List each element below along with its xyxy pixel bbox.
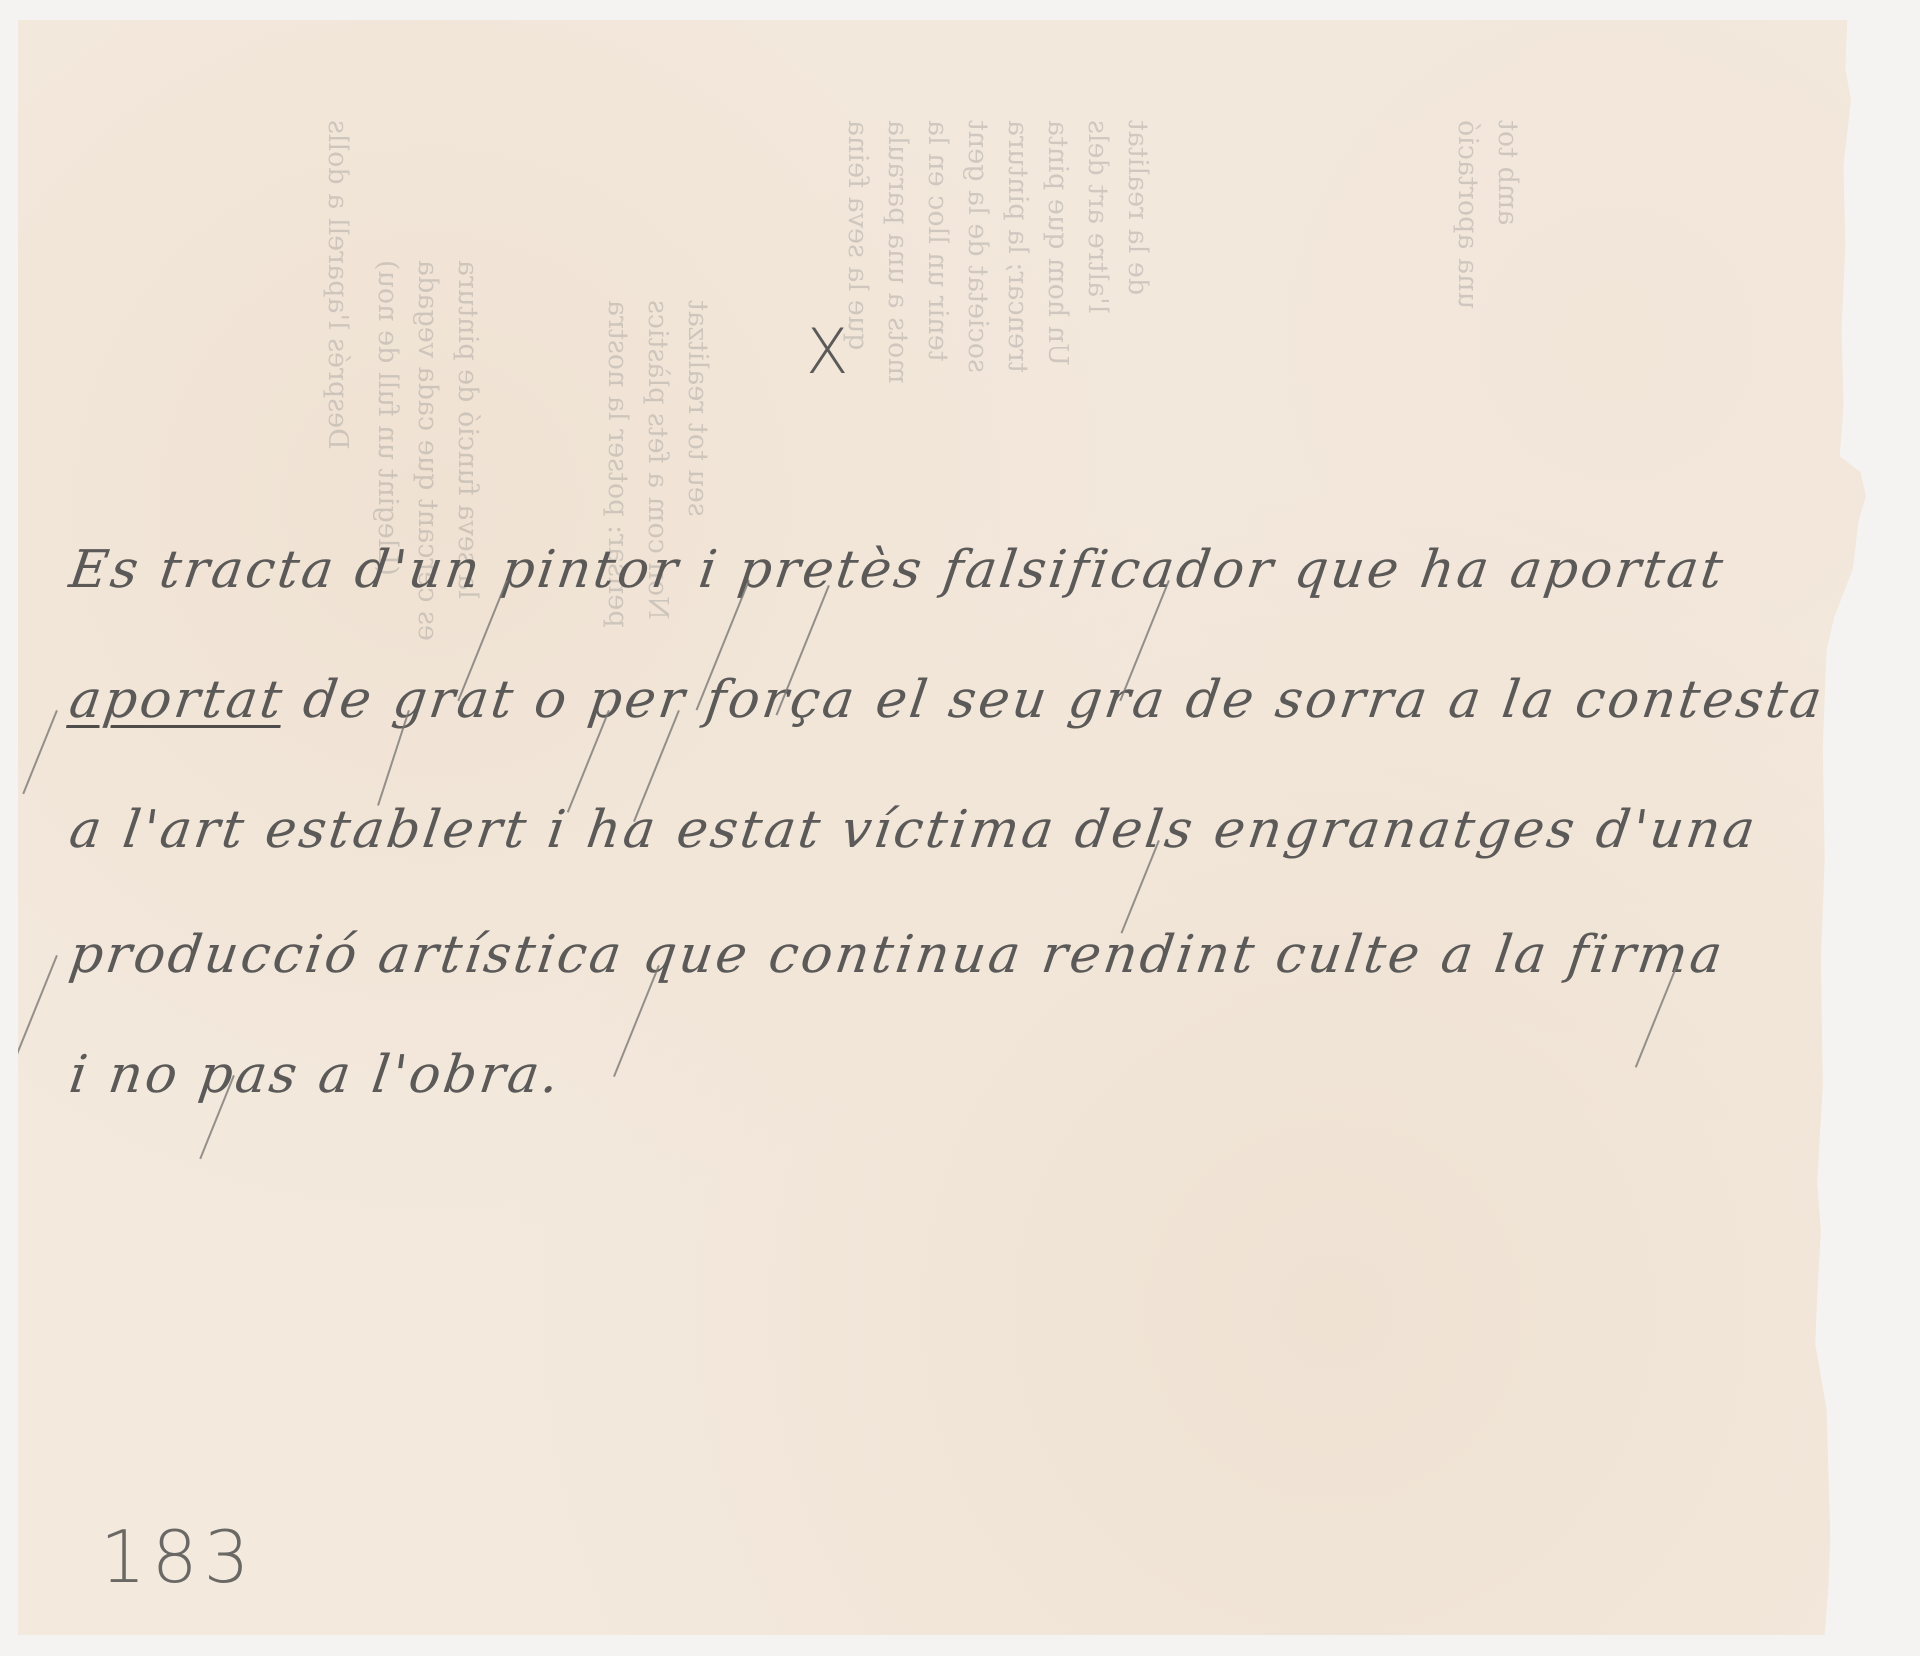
- struck-word: aportat: [66, 670, 289, 730]
- bleed-column: trencar; la pintura: [998, 120, 1036, 373]
- bleed-column: de la realitat: [1118, 120, 1156, 295]
- bleed-column: Després l'aparell a dolls: [318, 120, 356, 450]
- handwritten-line-2: aportat de grat o per força el seu gra d…: [66, 670, 1915, 730]
- page-number: 183: [100, 1515, 255, 1599]
- bleed-column: Un hom que pinta: [1038, 120, 1076, 366]
- bleed-column: societat de la gent: [958, 120, 996, 373]
- pen-stroke: [11, 955, 58, 1067]
- bleed-column: l'altre art dels: [1078, 120, 1116, 313]
- bleed-column: (Llegint un full de nou): [368, 260, 406, 576]
- handwritten-line-4: producció artística que continua rendint…: [66, 925, 1729, 985]
- scanned-page: Després l'aparell a dolls (Llegint un fu…: [0, 0, 1920, 1656]
- bleed-column: mots a una paraula: [878, 120, 916, 384]
- handwritten-line-5: i no pas a l'obra.: [66, 1045, 566, 1105]
- bleed-column: una aportació: [1448, 120, 1486, 309]
- section-marker: X: [806, 315, 848, 388]
- handwritten-line-1: Es tracta d'un pintor i pretès falsifica…: [66, 540, 1729, 600]
- edge-pencil-marks: ·:: [1826, 810, 1832, 830]
- handwritten-line-3: a l'art establert i ha estat víctima del…: [66, 800, 1762, 860]
- bleed-column: amb tot: [1488, 120, 1526, 226]
- paper-sheet: Després l'aparell a dolls (Llegint un fu…: [18, 20, 1898, 1635]
- bleed-column: tenir un lloc en la: [918, 120, 956, 362]
- handwritten-line-2-text: de grat o per força el seu gra de sorra …: [280, 670, 1914, 730]
- bleed-column: seu tot realitzat: [678, 300, 716, 517]
- pen-stroke: [22, 710, 58, 794]
